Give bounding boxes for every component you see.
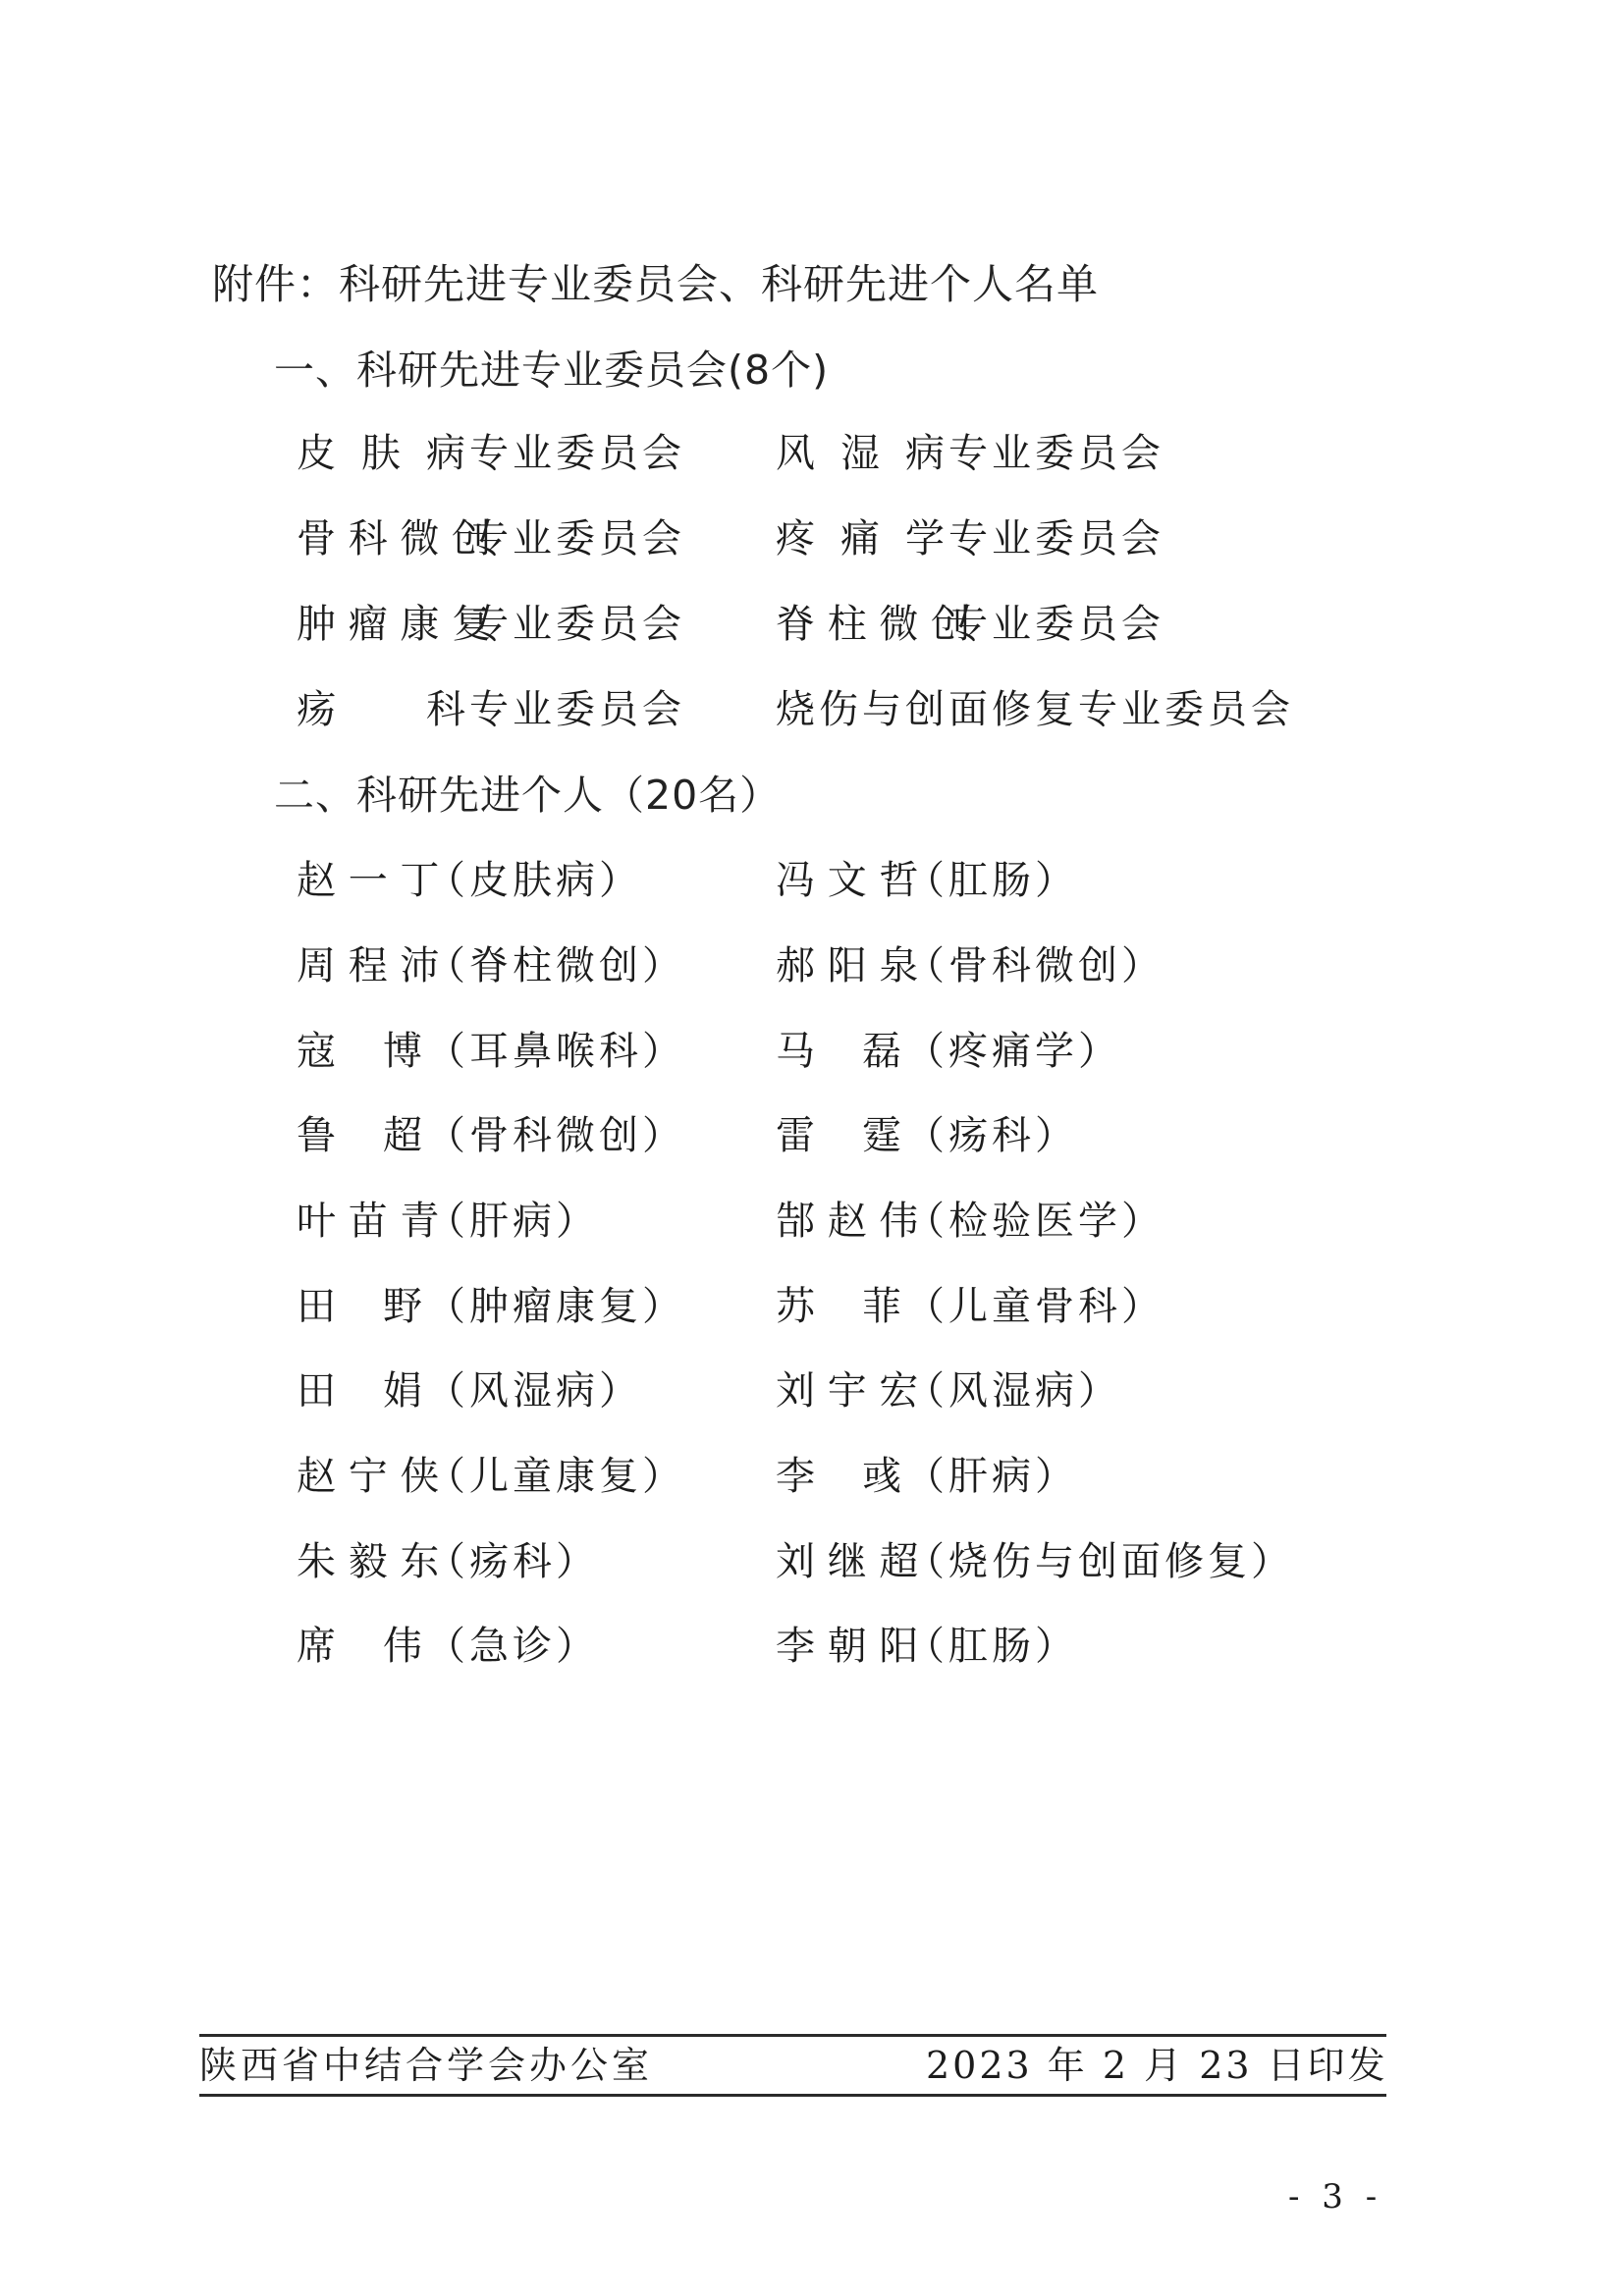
person-entry: 叶 苗 青（肝病） <box>297 1192 599 1251</box>
person-name: 郜 赵 伟 <box>776 1192 901 1251</box>
committee-name: 疼 痛 学 <box>776 509 945 568</box>
person-entry: 田 娟（风湿病） <box>297 1362 642 1420</box>
document-title: 附件：科研先进专业委员会、科研先进个人名单 <box>212 257 1099 312</box>
person-dept: （骨科微创） <box>905 936 1164 995</box>
committee-name: 肿 瘤 康 复 <box>297 595 465 654</box>
person-entry: 雷 霆（疡科） <box>776 1106 1078 1165</box>
person-name: 周 程 沛 <box>297 936 422 995</box>
person-entry: 赵 宁 侠（儿童康复） <box>297 1447 685 1506</box>
section-heading-committees: 一、科研先进专业委员会(8个) <box>274 343 829 398</box>
committee-name: 风 湿 病 <box>776 424 945 483</box>
person-entry: 刘 宇 宏（风湿病） <box>776 1362 1121 1420</box>
person-dept: （儿童骨科） <box>905 1277 1164 1336</box>
person-dept: （急诊） <box>426 1617 599 1676</box>
person-dept: （皮肤病） <box>426 851 642 910</box>
person-name: 叶 苗 青 <box>297 1192 422 1251</box>
person-entry: 马 磊（疼痛学） <box>776 1022 1121 1081</box>
person-name: 寇 博 <box>297 1022 422 1081</box>
person-dept: （脊柱微创） <box>426 936 685 995</box>
list-item: 疡 科专业委员会 烧伤与创面修复专业委员会 <box>297 680 1377 739</box>
committee-entry: 烧伤与创面修复专业委员会 <box>776 680 1294 739</box>
list-item: 朱 毅 东（疡科） 刘 继 超（烧伤与创面修复） <box>297 1532 1377 1591</box>
issuing-office: 陕西省中结合学会办公室 <box>199 2037 653 2094</box>
committee-suffix: 专业委员会 <box>469 595 685 654</box>
person-dept: （检验医学） <box>905 1192 1164 1251</box>
person-name: 冯 文 哲 <box>776 851 901 910</box>
committee-suffix: 专业委员会 <box>948 424 1164 483</box>
person-name: 田 野 <box>297 1277 422 1336</box>
person-dept: （疡科） <box>905 1106 1078 1165</box>
person-name: 赵 一 丁 <box>297 851 422 910</box>
list-item: 田 野（肿瘤康复） 苏 菲（儿童骨科） <box>297 1277 1377 1336</box>
person-entry: 朱 毅 东（疡科） <box>297 1532 599 1591</box>
person-entry: 苏 菲（儿童骨科） <box>776 1277 1164 1336</box>
person-entry: 田 野（肿瘤康复） <box>297 1277 685 1336</box>
committee-name: 脊 柱 微 创 <box>776 595 945 654</box>
person-name: 刘 继 超 <box>776 1532 901 1591</box>
person-entry: 郝 阳 泉（骨科微创） <box>776 936 1164 995</box>
committee-suffix: 专业委员会 <box>1078 680 1294 739</box>
person-dept: （疼痛学） <box>905 1022 1121 1081</box>
person-dept: （肿瘤康复） <box>426 1277 685 1336</box>
person-entry: 刘 继 超（烧伤与创面修复） <box>776 1532 1294 1591</box>
document-footer: 陕西省中结合学会办公室 2023 年 2 月 23 日印发 <box>199 2034 1386 2097</box>
committee-entry: 肿 瘤 康 复专业委员会 <box>297 595 685 654</box>
person-name: 刘 宇 宏 <box>776 1362 901 1420</box>
person-entry: 李 彧（肝病） <box>776 1447 1078 1506</box>
committee-suffix: 专业委员会 <box>469 509 685 568</box>
committee-suffix: 专业委员会 <box>948 509 1164 568</box>
list-item: 周 程 沛（脊柱微创） 郝 阳 泉（骨科微创） <box>297 936 1377 995</box>
list-item: 赵 宁 侠（儿童康复） 李 彧（肝病） <box>297 1447 1377 1506</box>
person-dept: （肛肠） <box>905 851 1078 910</box>
person-name: 李 朝 阳 <box>776 1617 901 1676</box>
list-item: 席 伟（急诊） 李 朝 阳（肛肠） <box>297 1617 1377 1676</box>
person-name: 郝 阳 泉 <box>776 936 901 995</box>
person-name: 鲁 超 <box>297 1106 422 1165</box>
list-item: 肿 瘤 康 复专业委员会 脊 柱 微 创专业委员会 <box>297 595 1377 654</box>
person-name: 苏 菲 <box>776 1277 901 1336</box>
person-entry: 李 朝 阳（肛肠） <box>776 1617 1078 1676</box>
list-item: 骨 科 微 创专业委员会 疼 痛 学专业委员会 <box>297 509 1377 568</box>
person-name: 朱 毅 东 <box>297 1532 422 1591</box>
committee-name: 烧伤与创面修复 <box>776 680 1078 739</box>
person-name: 赵 宁 侠 <box>297 1447 422 1506</box>
committee-entry: 骨 科 微 创专业委员会 <box>297 509 685 568</box>
section-heading-individuals: 二、科研先进个人（20名） <box>274 768 781 823</box>
person-dept: （肝病） <box>426 1192 599 1251</box>
person-dept: （烧伤与创面修复） <box>905 1532 1294 1591</box>
person-dept: （风湿病） <box>905 1362 1121 1420</box>
person-entry: 赵 一 丁（皮肤病） <box>297 851 642 910</box>
list-item: 叶 苗 青（肝病） 郜 赵 伟（检验医学） <box>297 1192 1377 1251</box>
list-item: 寇 博（耳鼻喉科） 马 磊（疼痛学） <box>297 1022 1377 1081</box>
committee-suffix: 专业委员会 <box>469 424 685 483</box>
list-item: 田 娟（风湿病） 刘 宇 宏（风湿病） <box>297 1362 1377 1420</box>
issue-date: 2023 年 2 月 23 日印发 <box>926 2037 1388 2094</box>
person-entry: 鲁 超（骨科微创） <box>297 1106 685 1165</box>
person-dept: （耳鼻喉科） <box>426 1022 685 1081</box>
person-dept: （肝病） <box>905 1447 1078 1506</box>
person-entry: 周 程 沛（脊柱微创） <box>297 936 685 995</box>
committee-name: 皮 肤 病 <box>297 424 465 483</box>
list-item: 鲁 超（骨科微创） 雷 霆（疡科） <box>297 1106 1377 1165</box>
committee-entry: 疡 科专业委员会 <box>297 680 685 739</box>
person-name: 雷 霆 <box>776 1106 901 1165</box>
person-name: 席 伟 <box>297 1617 422 1676</box>
person-dept: （风湿病） <box>426 1362 642 1420</box>
person-dept: （疡科） <box>426 1532 599 1591</box>
person-entry: 席 伟（急诊） <box>297 1617 599 1676</box>
committee-entry: 皮 肤 病专业委员会 <box>297 424 685 483</box>
committee-entry: 疼 痛 学专业委员会 <box>776 509 1164 568</box>
document-page: 附件：科研先进专业委员会、科研先进个人名单 一、科研先进专业委员会(8个) 皮 … <box>0 0 1624 2296</box>
person-entry: 寇 博（耳鼻喉科） <box>297 1022 685 1081</box>
person-name: 李 彧 <box>776 1447 901 1506</box>
person-dept: （肛肠） <box>905 1617 1078 1676</box>
person-entry: 冯 文 哲（肛肠） <box>776 851 1078 910</box>
person-name: 马 磊 <box>776 1022 901 1081</box>
person-entry: 郜 赵 伟（检验医学） <box>776 1192 1164 1251</box>
person-dept: （儿童康复） <box>426 1447 685 1506</box>
page-number: - 3 - <box>1288 2177 1382 2216</box>
committee-suffix: 专业委员会 <box>948 595 1164 654</box>
list-item: 皮 肤 病专业委员会 风 湿 病专业委员会 <box>297 424 1377 483</box>
committee-name: 骨 科 微 创 <box>297 509 465 568</box>
person-dept: （骨科微创） <box>426 1106 685 1165</box>
committee-entry: 风 湿 病专业委员会 <box>776 424 1164 483</box>
committee-entry: 脊 柱 微 创专业委员会 <box>776 595 1164 654</box>
committee-name: 疡 科 <box>297 680 465 739</box>
committee-suffix: 专业委员会 <box>469 680 685 739</box>
list-item: 赵 一 丁（皮肤病） 冯 文 哲（肛肠） <box>297 851 1377 910</box>
person-name: 田 娟 <box>297 1362 422 1420</box>
